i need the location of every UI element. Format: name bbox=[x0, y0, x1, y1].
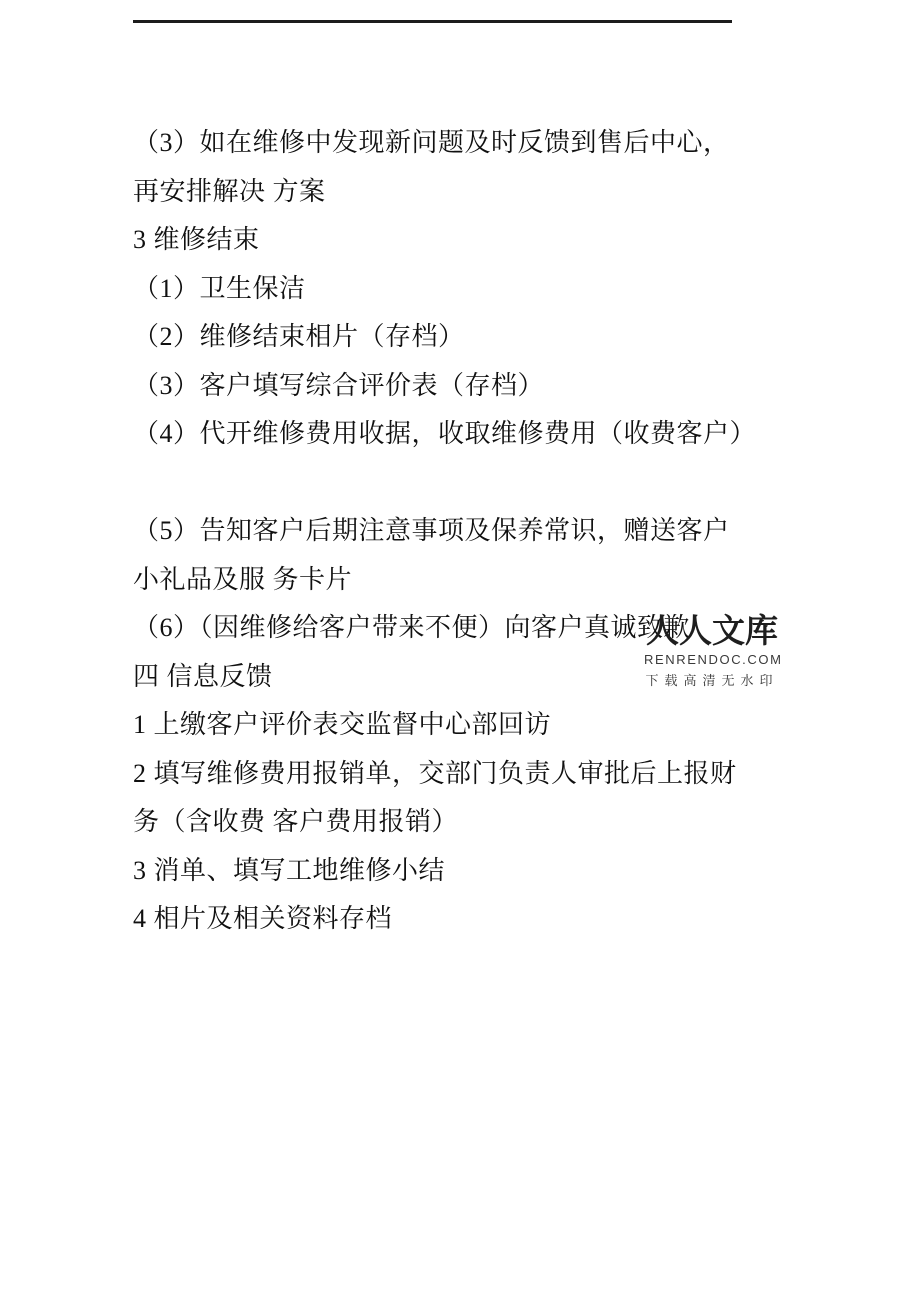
watermark: 人人文库 RENRENDOC.COM 下载高清无水印 bbox=[644, 613, 780, 689]
document-body: （3）如在维修中发现新问题及时反馈到售后中心， 再安排解决 方案 3 维修结束 … bbox=[133, 119, 773, 944]
text-line: （2）维修结束相片（存档） bbox=[133, 313, 773, 362]
text-line: 2 填写维修费用报销单，交部门负责人审批后上报财 bbox=[133, 750, 773, 799]
watermark-site-url: RENRENDOC.COM bbox=[644, 652, 780, 667]
text-line: 再安排解决 方案 bbox=[133, 168, 773, 217]
text-line: （3）客户填写综合评价表（存档） bbox=[133, 362, 773, 411]
text-line: 务（含收费 客户费用报销） bbox=[133, 798, 773, 847]
text-line-blank bbox=[133, 459, 773, 508]
text-line: （3）如在维修中发现新问题及时反馈到售后中心， bbox=[133, 119, 773, 168]
document-page: （3）如在维修中发现新问题及时反馈到售后中心， 再安排解决 方案 3 维修结束 … bbox=[0, 0, 920, 1303]
text-line: 小礼品及服 务卡片 bbox=[133, 556, 773, 605]
watermark-logo-text: 人人文库 bbox=[644, 613, 780, 651]
watermark-tagline: 下载高清无水印 bbox=[644, 670, 780, 689]
text-line: 3 维修结束 bbox=[133, 216, 773, 265]
text-line: （4）代开维修费用收据，收取维修费用（收费客户） bbox=[133, 410, 773, 459]
text-line: （5）告知客户后期注意事项及保养常识，赠送客户 bbox=[133, 507, 773, 556]
text-line: 3 消单、填写工地维修小结 bbox=[133, 847, 773, 896]
text-line: （1）卫生保洁 bbox=[133, 265, 773, 314]
text-line: 1 上缴客户评价表交监督中心部回访 bbox=[133, 701, 773, 750]
text-line: 4 相片及相关资料存档 bbox=[133, 895, 773, 944]
page-top-rule bbox=[133, 20, 732, 23]
